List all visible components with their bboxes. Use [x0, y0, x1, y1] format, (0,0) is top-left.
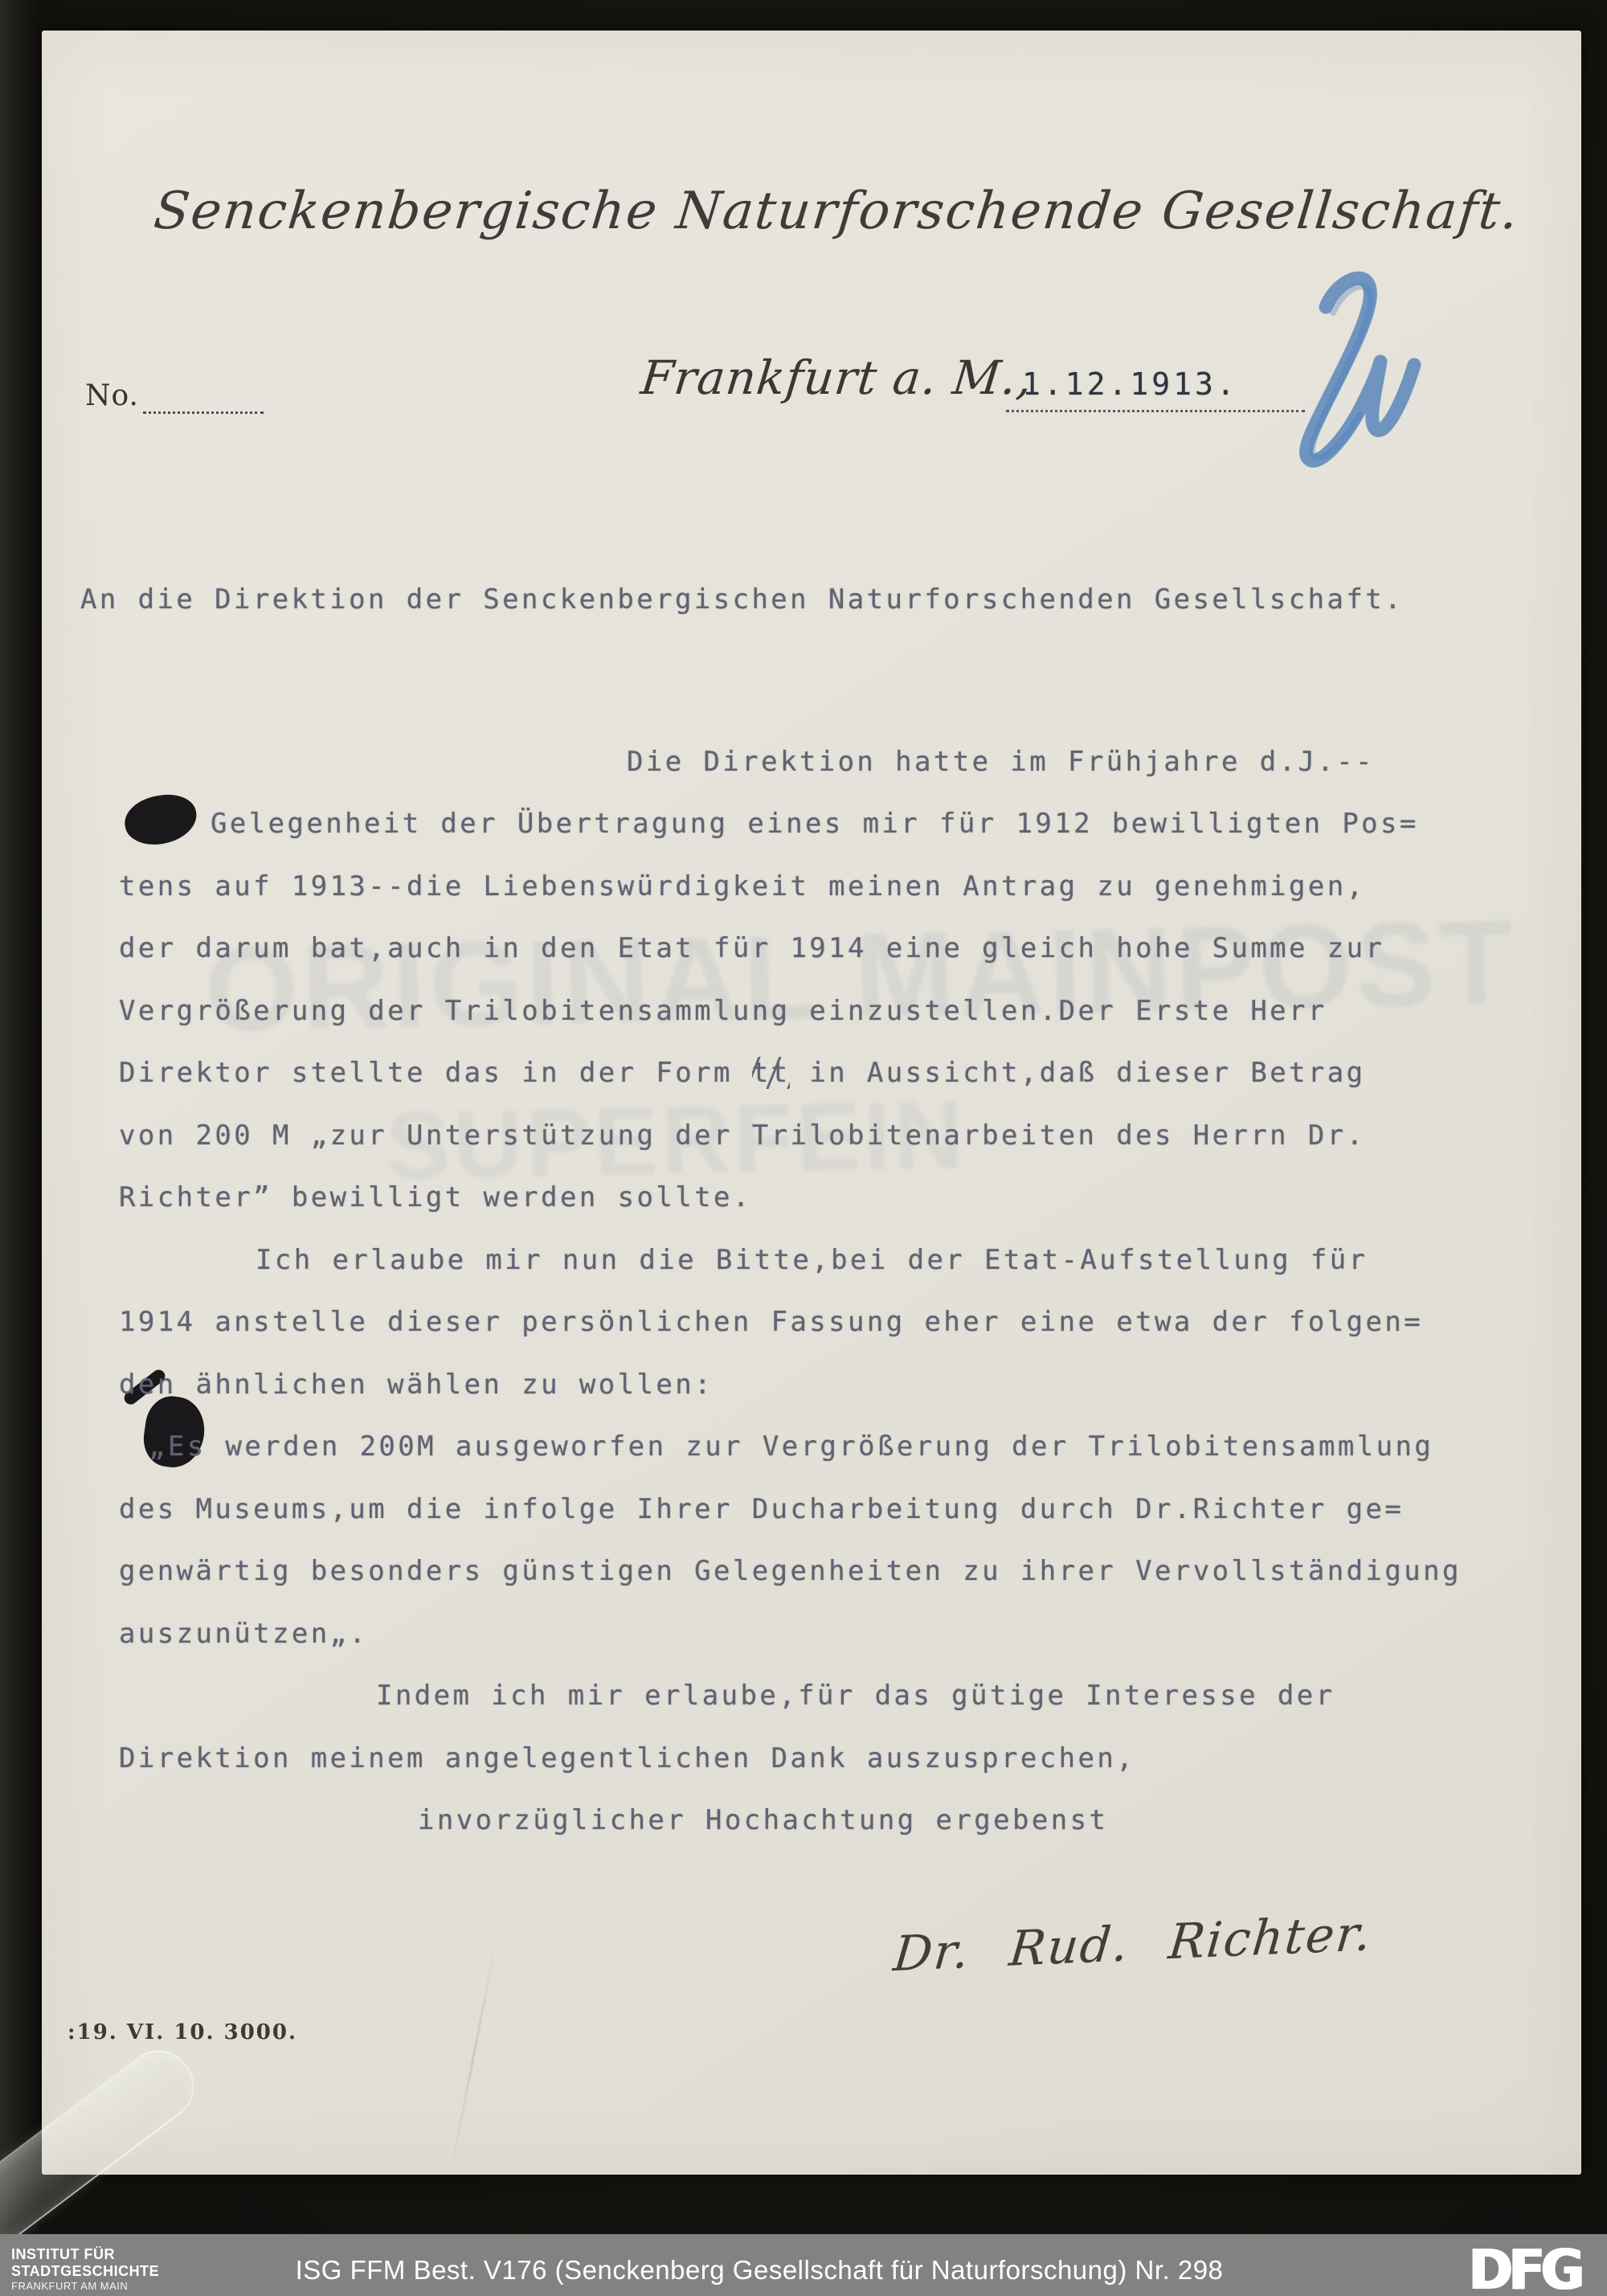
letterhead-organization: Senckenbergische Naturforschende Gesells… — [151, 182, 1523, 241]
body-line: auszunützen„. — [119, 1618, 368, 1650]
body-line: „Es werden 200M ausgeworfen zur Vergröße… — [149, 1430, 1433, 1463]
body-line-pre: Direktor stellte das in der Form — [119, 1057, 752, 1089]
place-script: Frankfurt a. M., — [638, 350, 1035, 405]
print-form-number: :19. VI. 10. 3000. — [67, 2020, 297, 2044]
recipient-line: An die Direktion der Senckenbergischen N… — [80, 583, 1404, 616]
body-line: Richter” bewilligt werden sollte. — [119, 1181, 752, 1213]
watermark-text-line1: ORIGINAL MAINPOST — [203, 893, 1517, 1059]
body-line: des Museums,um die infolge Ihrer Ducharb… — [119, 1493, 1404, 1525]
body-line-post: in Aussicht,daß dieser Betrag — [790, 1057, 1365, 1089]
body-line: der darum bat,auch in den Etat für 1914 … — [119, 932, 1384, 964]
no-dotted-line — [143, 386, 264, 414]
dfg-logo: DFG — [1469, 2237, 1580, 2296]
body-line: genwärtig besonders günstigen Gelegenhei… — [119, 1555, 1462, 1587]
body-line: Ich erlaube mir nun die Bitte,bei der Et… — [256, 1244, 1368, 1276]
no-label: No. — [85, 379, 139, 412]
body-line: tens auf 1913--die Liebenswürdigkeit mei… — [119, 870, 1366, 902]
photo-background: ORIGINAL MAINPOST SUPERFEIN Senckenbergi… — [0, 0, 1607, 2296]
footer-bar: INSTITUT FÜR STADTGESCHICHTE FRANKFURT A… — [0, 2234, 1607, 2296]
body-line: Gelegenheit der Übertragung eines mir fü… — [211, 808, 1419, 840]
blue-crayon-filing-mark — [1252, 259, 1461, 500]
overstruck-text: tt — [752, 1057, 791, 1089]
body-line: den ähnlichen wählen zu wollen: — [119, 1369, 714, 1401]
folder-edge — [0, 0, 37, 2234]
body-line: Die Direktion hatte im Frühjahre d.J.-- — [627, 746, 1375, 778]
body-line: Direktor stellte das in der Form tt in A… — [119, 1057, 1366, 1089]
body-line: invorzüglicher Hochachtung ergebenst — [418, 1804, 1108, 1836]
body-line: Indem ich mir erlaube,für das gütige Int… — [376, 1680, 1335, 1712]
archive-reference: ISG FFM Best. V176 (Senckenberg Gesellsc… — [0, 2255, 1519, 2286]
body-line: 1914 anstelle dieser persönlichen Fassun… — [119, 1306, 1423, 1338]
body-line: von 200 M „zur Unterstützung der Trilobi… — [119, 1119, 1366, 1152]
body-line: Vergrößerung der Trilobitensammlung einz… — [119, 995, 1327, 1027]
body-line: Direktion meinem angelegentlichen Dank a… — [119, 1742, 1135, 1774]
